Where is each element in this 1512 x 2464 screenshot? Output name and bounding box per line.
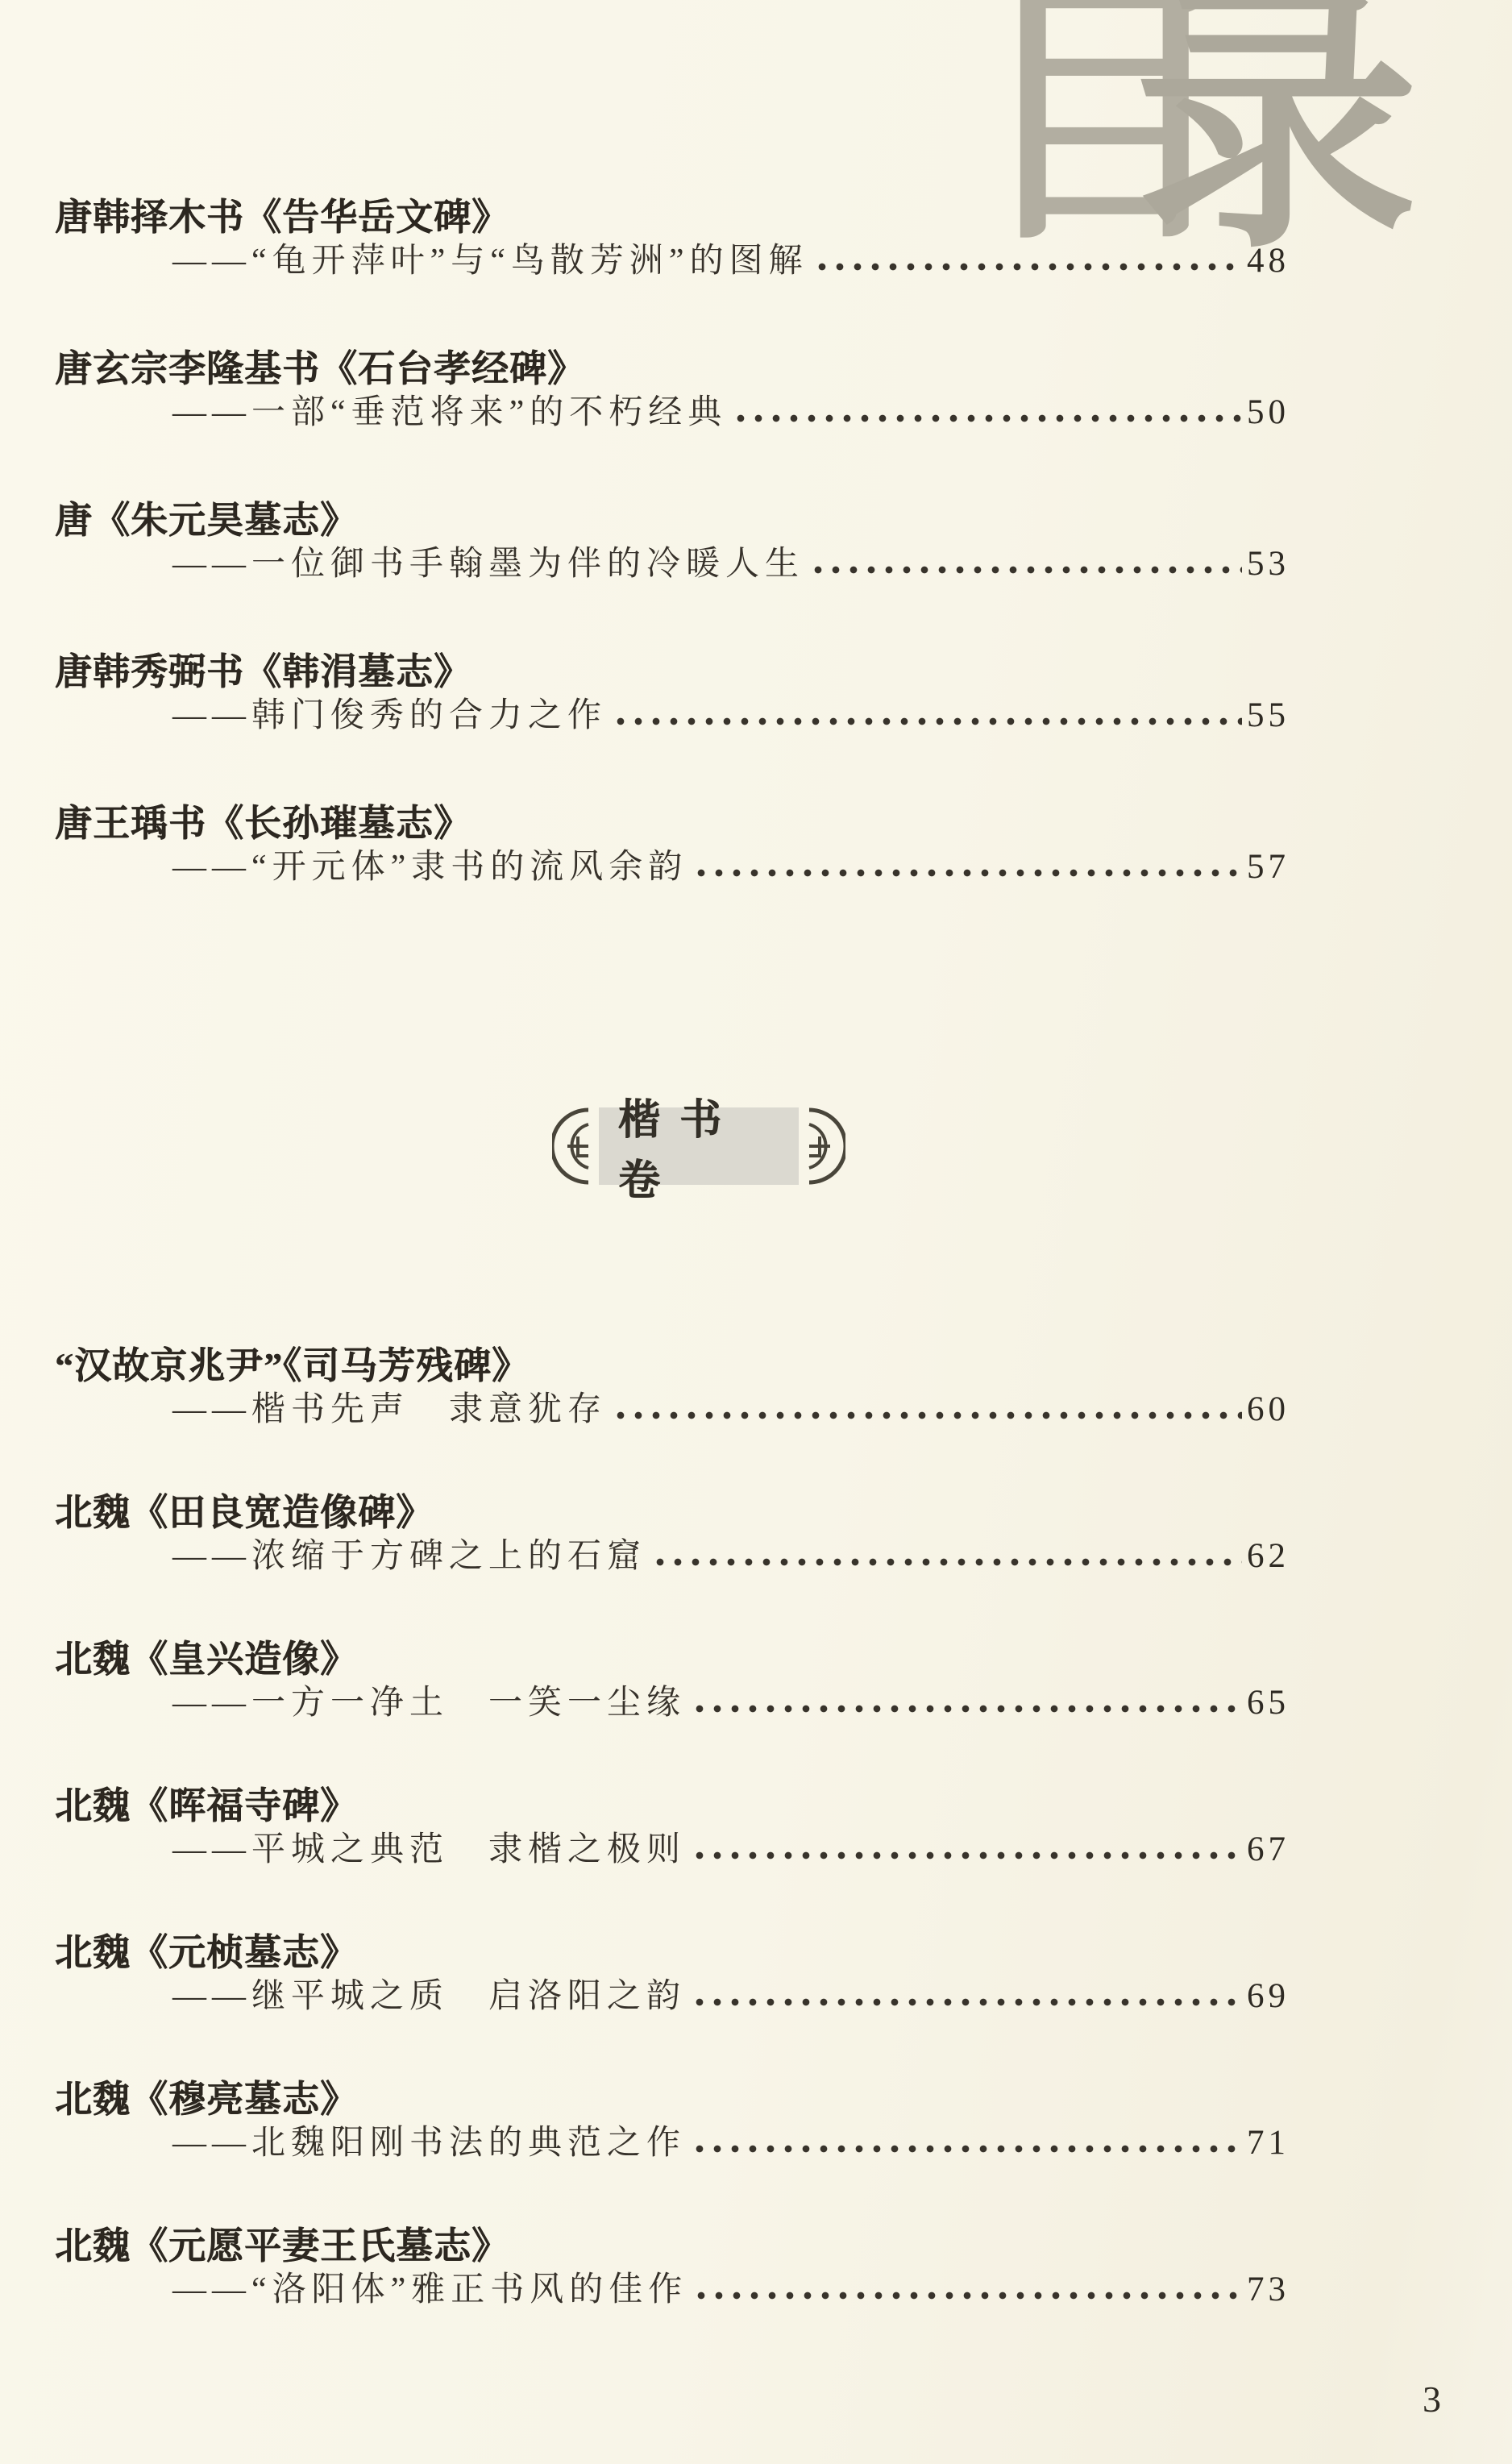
- dot-leader: [615, 1411, 1242, 1420]
- toc-entry-page-number: 60: [1247, 1390, 1290, 1430]
- toc-entry-title: 唐韩择木书《告华岳文碑》: [55, 196, 1290, 239]
- toc-entry-title: 北魏《田良宽造像碑》: [55, 1491, 1290, 1535]
- toc-entry-page-number: 62: [1247, 1536, 1290, 1577]
- toc-entry-title: 北魏《元桢墓志》: [55, 1931, 1290, 1975]
- toc-entry-subtitle-row: ——浓缩于方碑之上的石窟 62: [55, 1536, 1290, 1577]
- toc-entry-subtitle-row: ——继平城之质 启洛阳之韵 69: [55, 1976, 1290, 2017]
- toc-entry-subtitle: ——继平城之质 启洛阳之韵: [172, 1976, 686, 2017]
- toc-entry-page-number: 50: [1247, 393, 1290, 433]
- section-divider-label: 楷书卷: [599, 1086, 799, 1207]
- toc-entry-page-number: 71: [1247, 2123, 1290, 2163]
- toc-part-2: “汉故京兆尹”《司马芳残碑》 ——楷书先声 隶意犹存 60 北魏《田良宽造像碑》…: [55, 1344, 1290, 2310]
- toc-entry-title: 北魏《皇兴造像》: [55, 1638, 1290, 1681]
- toc-entry: 北魏《元愿平妻王氏墓志》 ——“洛阳体”雅正书风的佳作 73: [55, 2225, 1290, 2310]
- toc-entry-subtitle: ——一方一净土 一笑一尘缘: [172, 1683, 686, 1723]
- toc-entry-page-number: 73: [1247, 2270, 1290, 2310]
- toc-entry: 北魏《元桢墓志》 ——继平城之质 启洛阳之韵 69: [55, 1931, 1290, 2017]
- toc-entry-subtitle-row: ——一位御书手翰墨为伴的冷暖人生 53: [55, 544, 1290, 584]
- dot-leader: [696, 868, 1242, 878]
- toc-entry: 唐玄宗李隆基书《石台孝经碑》 ——一部“垂范将来”的不朽经典 50: [55, 347, 1290, 433]
- toc-entry-title: “汉故京兆尹”《司马芳残碑》: [55, 1344, 1290, 1388]
- toc-entry: 北魏《穆亮墓志》 ——北魏阳刚书法的典范之作 71: [55, 2078, 1290, 2163]
- dot-leader: [812, 565, 1242, 575]
- dot-leader: [694, 1997, 1242, 2007]
- toc-entry-page-number: 55: [1247, 696, 1290, 736]
- toc-entry-page-number: 53: [1247, 544, 1290, 584]
- toc-entry-subtitle: ——“洛阳体”雅正书风的佳作: [172, 2270, 687, 2310]
- toc-entry-subtitle: ——一部“垂范将来”的不朽经典: [172, 393, 727, 433]
- toc-entry-subtitle-row: ——“开元体”隶书的流风余韵 57: [55, 847, 1290, 887]
- toc-entry: “汉故京兆尹”《司马芳残碑》 ——楷书先声 隶意犹存 60: [55, 1344, 1290, 1430]
- section-divider-box: 楷书卷: [599, 1107, 799, 1185]
- toc-entry: 唐韩择木书《告华岳文碑》 ——“龟开萍叶”与“鸟散芳洲”的图解 48: [55, 196, 1290, 281]
- toc-entry-title: 北魏《穆亮墓志》: [55, 2078, 1290, 2121]
- toc-entry: 唐韩秀弼书《韩涓墓志》 ——韩门俊秀的合力之作 55: [55, 650, 1290, 736]
- toc-entry-subtitle-row: ——楷书先声 隶意犹存 60: [55, 1390, 1290, 1430]
- half-coin-ornament-icon: [808, 1107, 845, 1185]
- toc-entry-page-number: 48: [1247, 241, 1290, 281]
- toc-entry-title: 唐王瑀书《长孙璀墓志》: [55, 802, 1290, 846]
- toc-entry: 北魏《晖福寺碑》 ——平城之典范 隶楷之极则 67: [55, 1785, 1290, 1870]
- toc-entry-page-number: 67: [1247, 1830, 1290, 1870]
- toc-entry-subtitle-row: ——一部“垂范将来”的不朽经典 50: [55, 393, 1290, 433]
- dot-leader: [694, 1851, 1242, 1860]
- toc-entry-title: 唐《朱元昊墓志》: [55, 499, 1290, 542]
- toc-entry-subtitle-row: ——平城之典范 隶楷之极则 67: [55, 1830, 1290, 1870]
- toc-part-1: 唐韩择木书《告华岳文碑》 ——“龟开萍叶”与“鸟散芳洲”的图解 48 唐玄宗李隆…: [55, 196, 1290, 887]
- toc-entry-subtitle-row: ——“龟开萍叶”与“鸟散芳洲”的图解 48: [55, 241, 1290, 281]
- dot-leader: [816, 262, 1242, 272]
- toc-entry-subtitle: ——“开元体”隶书的流风余韵: [172, 847, 687, 887]
- toc-entry-page-number: 57: [1247, 847, 1290, 887]
- dot-leader: [694, 2144, 1242, 2154]
- table-of-contents: 唐韩择木书《告华岳文碑》 ——“龟开萍叶”与“鸟散芳洲”的图解 48 唐玄宗李隆…: [55, 196, 1290, 2371]
- page-folio-number: 3: [1423, 2378, 1441, 2420]
- dot-leader: [696, 2291, 1242, 2300]
- half-coin-ornament-icon: [552, 1107, 589, 1185]
- toc-entry-subtitle-row: ——“洛阳体”雅正书风的佳作 73: [55, 2270, 1290, 2310]
- toc-entry-subtitle: ——韩门俊秀的合力之作: [172, 696, 607, 736]
- toc-entry-subtitle: ——一位御书手翰墨为伴的冷暖人生: [172, 544, 804, 584]
- toc-entry-subtitle: ——楷书先声 隶意犹存: [172, 1390, 607, 1430]
- toc-entry-subtitle: ——北魏阳刚书法的典范之作: [172, 2123, 686, 2163]
- toc-entry-title: 唐玄宗李隆基书《石台孝经碑》: [55, 347, 1290, 391]
- toc-entry-subtitle: ——平城之典范 隶楷之极则: [172, 1830, 686, 1870]
- toc-entry-subtitle: ——浓缩于方碑之上的石窟: [172, 1536, 646, 1577]
- toc-entry: 北魏《田良宽造像碑》 ——浓缩于方碑之上的石窟 62: [55, 1491, 1290, 1577]
- toc-entry: 北魏《皇兴造像》 ——一方一净土 一笑一尘缘 65: [55, 1638, 1290, 1723]
- dot-leader: [654, 1557, 1242, 1567]
- toc-entry-subtitle-row: ——一方一净土 一笑一尘缘 65: [55, 1683, 1290, 1723]
- toc-entry-title: 北魏《晖福寺碑》: [55, 1785, 1290, 1828]
- dot-leader: [735, 413, 1242, 423]
- toc-entry-page-number: 69: [1247, 1976, 1290, 2017]
- toc-entry: 唐王瑀书《长孙璀墓志》 ——“开元体”隶书的流风余韵 57: [55, 802, 1290, 887]
- dot-leader: [694, 1704, 1242, 1714]
- section-divider: 楷书卷: [552, 1107, 846, 1186]
- toc-entry-title: 唐韩秀弼书《韩涓墓志》: [55, 650, 1290, 694]
- toc-entry: 唐《朱元昊墓志》 ——一位御书手翰墨为伴的冷暖人生 53: [55, 499, 1290, 584]
- toc-entry-subtitle-row: ——北魏阳刚书法的典范之作 71: [55, 2123, 1290, 2163]
- toc-entry-title: 北魏《元愿平妻王氏墓志》: [55, 2225, 1290, 2268]
- toc-entry-subtitle-row: ——韩门俊秀的合力之作 55: [55, 696, 1290, 736]
- toc-entry-page-number: 65: [1247, 1683, 1290, 1723]
- toc-entry-subtitle: ——“龟开萍叶”与“鸟散芳洲”的图解: [172, 241, 808, 281]
- dot-leader: [615, 717, 1242, 726]
